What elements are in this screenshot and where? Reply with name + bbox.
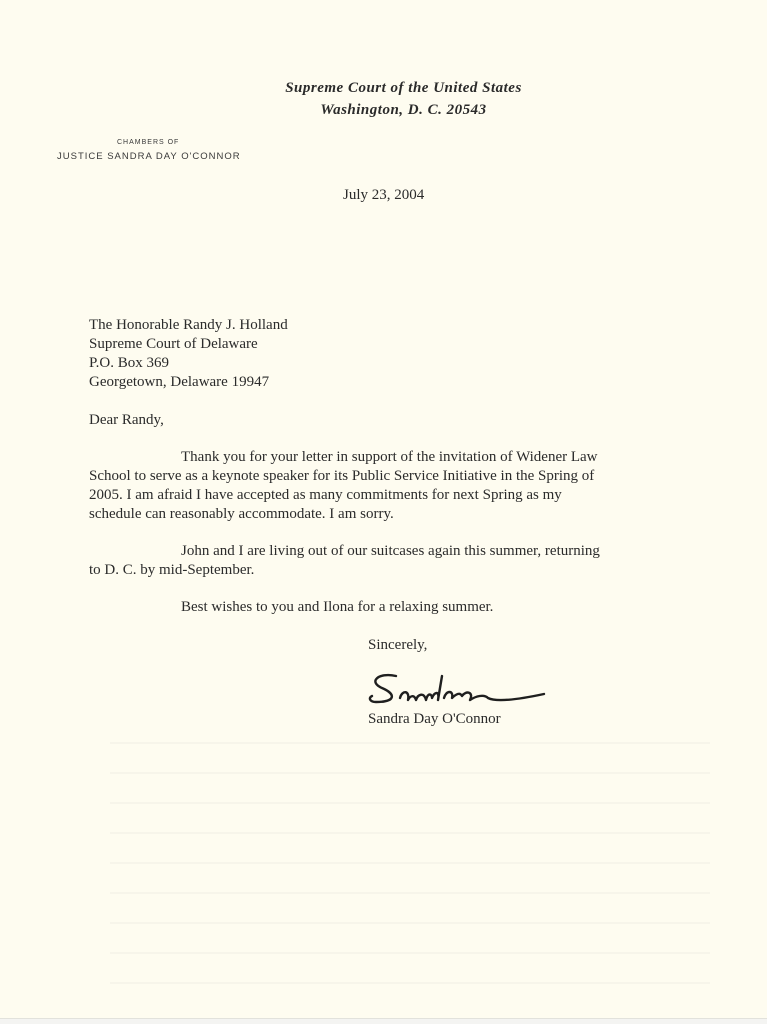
body-line: 2005. I am afraid I have accepted as man…: [89, 486, 562, 505]
body-line: Best wishes to you and Ilona for a relax…: [181, 598, 493, 617]
recipient-line: Georgetown, Delaware 19947: [89, 373, 269, 392]
letter-page: Supreme Court of the United States Washi…: [0, 0, 767, 1018]
page-edge: [0, 1018, 767, 1024]
body-line: schedule can reasonably accommodate. I a…: [89, 505, 394, 524]
recipient-line: The Honorable Randy J. Holland: [89, 316, 288, 335]
body-line: to D. C. by mid-September.: [89, 561, 254, 580]
chambers-name: JUSTICE SANDRA DAY O'CONNOR: [57, 151, 241, 162]
chambers-label: CHAMBERS OF: [117, 139, 179, 146]
body-line: School to serve as a keynote speaker for…: [89, 467, 594, 486]
letterhead-court: Supreme Court of the United States: [20, 80, 767, 97]
handwritten-signature: [366, 668, 556, 712]
closing: Sincerely,: [368, 636, 427, 655]
body-line: Thank you for your letter in support of …: [181, 448, 598, 467]
letter-date: July 23, 2004: [343, 186, 424, 205]
recipient-line: P.O. Box 369: [89, 354, 169, 373]
letterhead-address: Washington, D. C. 20543: [20, 102, 767, 119]
recipient-line: Supreme Court of Delaware: [89, 335, 258, 354]
body-line: John and I are living out of our suitcas…: [181, 542, 600, 561]
show-through-bleed: [110, 720, 710, 1000]
salutation: Dear Randy,: [89, 411, 164, 430]
